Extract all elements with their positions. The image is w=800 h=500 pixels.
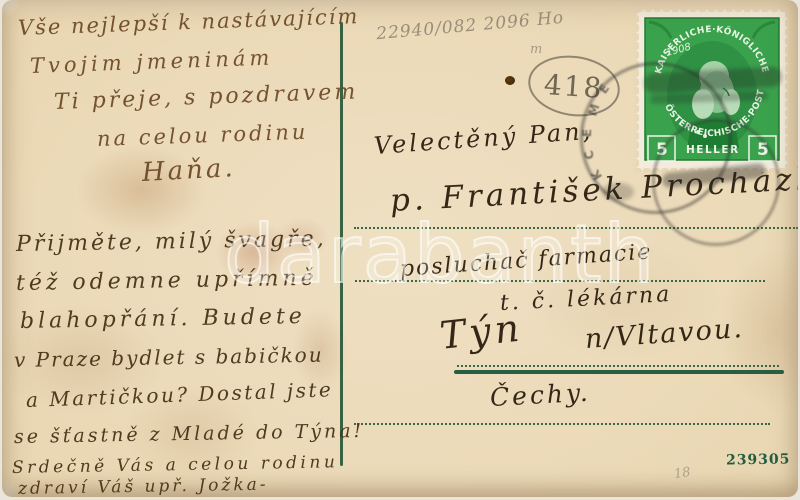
message-line: Přijměte, milý švagře, xyxy=(16,227,327,257)
message-line: též odemne upřímně xyxy=(16,266,318,296)
message-signature: Haňa. xyxy=(141,153,236,188)
postmark-letter: E xyxy=(580,129,594,138)
message-closing: zdraví Váš upř. Jožka- xyxy=(18,475,269,497)
message-line: Vše nejlepší k nastávajícím xyxy=(18,4,360,40)
address-country: Čechy. xyxy=(489,378,591,412)
pencil-dealer-note: 22940/082 2096 Ho xyxy=(375,8,564,44)
address-occupation: posluchač farmacie xyxy=(399,239,653,282)
printed-address-line-4 xyxy=(354,423,770,425)
serial-number: 239305 xyxy=(726,451,791,468)
message-line: blahopřání. Budete xyxy=(20,304,306,334)
pencil-small-mark: m xyxy=(530,42,542,57)
message-line: a Martičkou? Dostal jste xyxy=(26,377,334,412)
message-line: v Praze bydlet s babičkou xyxy=(14,343,324,372)
printed-address-line-3 xyxy=(457,365,779,367)
message-line: Srdečně Vás a celou rodinu xyxy=(12,452,339,478)
scanned-postcard-photo: 239305 22940/082 2096 Ho m 418 18 Vše ne… xyxy=(0,0,800,500)
postcard-back: 239305 22940/082 2096 Ho m 418 18 Vše ne… xyxy=(2,0,798,497)
message-line: se šťastně z Mladé do Týna! xyxy=(14,420,365,448)
address-current-place: t. č. lékárna xyxy=(499,282,673,316)
ink-dot-stain xyxy=(505,76,515,85)
message-line: Tvojim jmeninám xyxy=(30,46,274,78)
address-salutation: Velectěný Pan, xyxy=(373,117,594,160)
address-city: Týn xyxy=(438,305,525,357)
postmark-smudge xyxy=(602,183,634,201)
pencil-bottom-mark: 18 xyxy=(673,465,691,482)
printed-address-underline xyxy=(454,370,784,374)
message-line: na celou rodinu xyxy=(97,120,309,151)
address-city-suffix: n/Vltavou. xyxy=(584,313,745,355)
message-line: Ti přeje, s pozdravem xyxy=(54,79,359,115)
